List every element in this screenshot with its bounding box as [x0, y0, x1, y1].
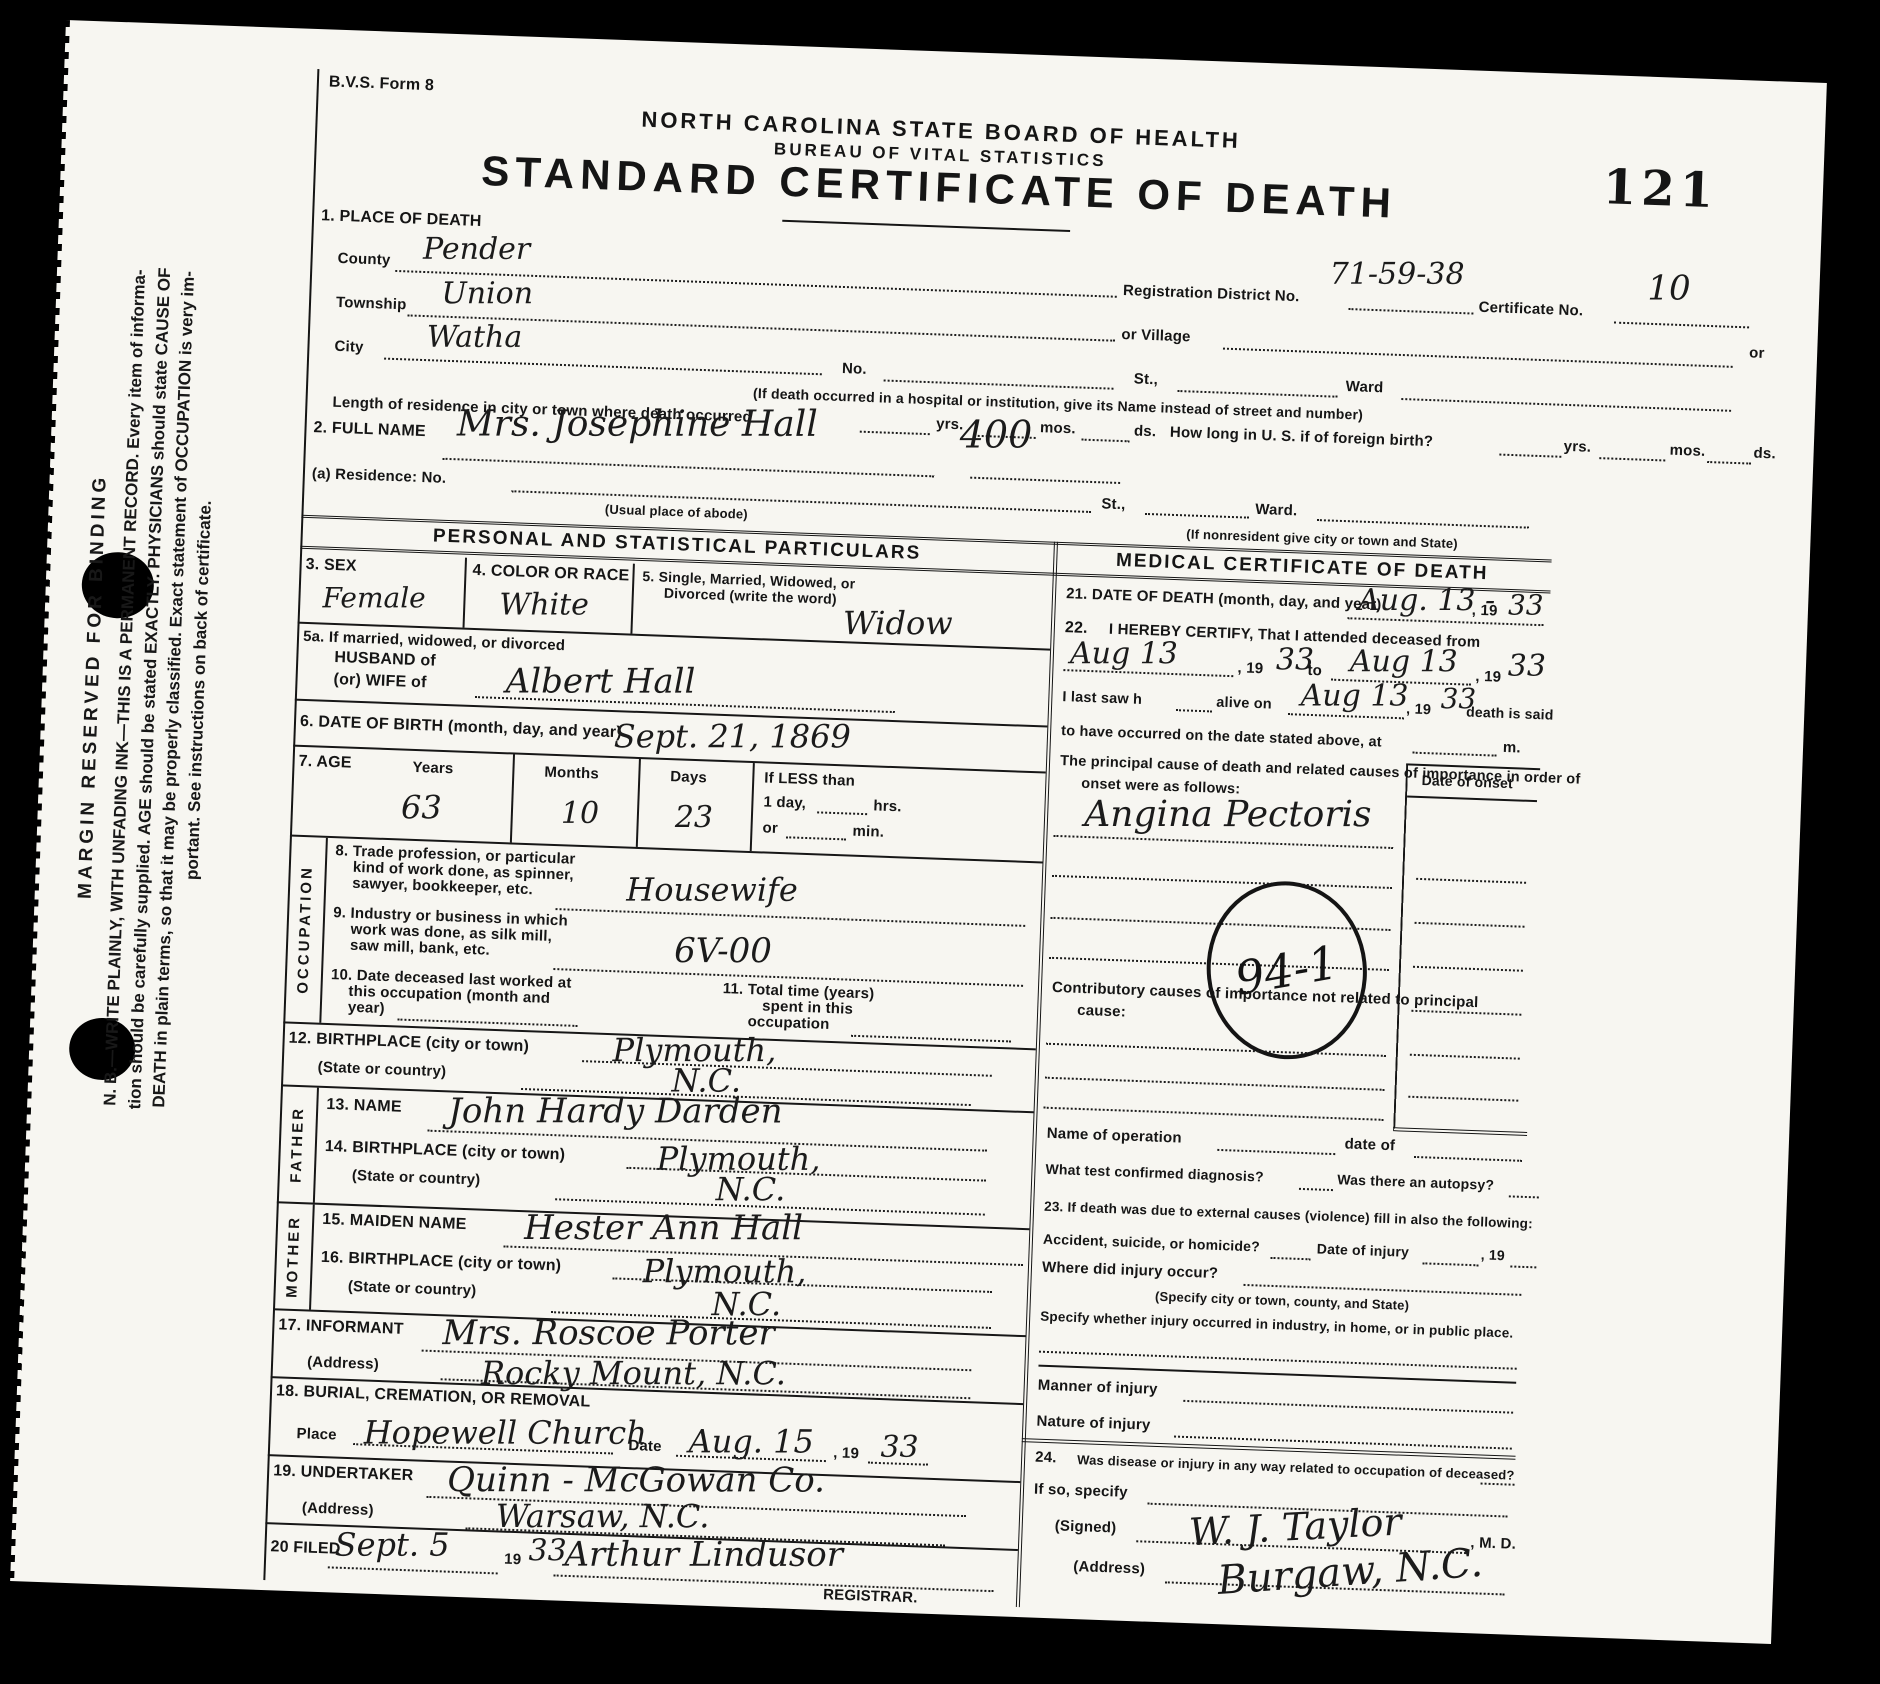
undertaker-label: 19. UNDERTAKER [273, 1462, 414, 1485]
age-label: 7. AGE [298, 753, 352, 773]
occupation-related-line [1481, 1483, 1515, 1486]
village-line [1223, 348, 1733, 368]
onset-line [1416, 878, 1526, 884]
father-side-cell: FATHER [277, 1086, 319, 1202]
min-label: min. [852, 823, 884, 841]
principal-cause-value: Angina Pectoris [1084, 797, 1371, 833]
informant-label: 17. INFORMANT [278, 1316, 404, 1338]
age-years-value: 63 [401, 791, 442, 823]
form-number: B.V.S. Form 8 [329, 73, 435, 95]
full-name-label: 2. FULL NAME [313, 419, 426, 441]
street-no-label: No. [842, 360, 867, 378]
last-saw-label-2: alive on [1216, 695, 1272, 713]
sex-cell: 3. SEX Female [298, 552, 467, 628]
mother-birthplace-label: 16. BIRTHPLACE (city or town) [321, 1249, 562, 1276]
m-label: m. [1503, 739, 1522, 757]
certificate-stamp-number: 121 [1602, 159, 1719, 219]
burial-19-label: , 19 [833, 1444, 859, 1462]
item11-line [851, 1035, 1011, 1043]
mother-name-label: 15. MAIDEN NAME [322, 1211, 467, 1234]
accident-line [1270, 1257, 1310, 1260]
occupation-side-cell: OCCUPATION [283, 837, 328, 1023]
certificate-no-label: Certificate No. [1478, 299, 1583, 320]
filed-date-line [328, 1566, 498, 1574]
or-label: or [762, 819, 778, 837]
foreign-ds-line [1707, 461, 1751, 465]
if-less-cell: If LESS than 1 day, hrs. or min. [752, 763, 1046, 861]
contributory-line [1046, 1043, 1386, 1057]
full-name-line2 [970, 477, 1120, 484]
residence-ward-line [1317, 519, 1529, 529]
mother-name-value: Hester Ann Hall [524, 1211, 803, 1245]
title-underline [782, 220, 1070, 232]
certificate-no-value: 10 [1647, 271, 1690, 305]
st-line [1177, 390, 1337, 398]
age-days-cell: Days 23 [638, 759, 755, 851]
wife-label: (or) WIFE of [333, 671, 427, 692]
item10-line3: year) [348, 999, 385, 1017]
operation-date-label: date of [1344, 1135, 1395, 1154]
birthplace-label: 12. BIRTHPLACE (city or town) [288, 1030, 529, 1057]
contributory-line [1044, 1107, 1384, 1121]
undertaker-address-value: Warsaw, N.C. [496, 1500, 710, 1532]
age-months-cell: Months 10 [512, 755, 641, 847]
if-less-label-1: If LESS than [764, 769, 855, 789]
place-of-death-label: 1. PLACE OF DEATH [321, 207, 482, 231]
spouse-value: Albert Hall [506, 664, 696, 698]
from-19-label: , 19 [1237, 659, 1263, 677]
mother-side-cell: MOTHER [273, 1203, 315, 1309]
residence-line [511, 490, 1091, 513]
to-19-label: , 19 [1475, 668, 1501, 686]
trade-value: Housewife [626, 874, 798, 906]
where-injury-label: Where did injury occur? [1042, 1259, 1219, 1282]
undertaker-value: Quinn - McGowan Co. [447, 1463, 825, 1497]
father-birthplace-label: 14. BIRTHPLACE (city or town) [325, 1138, 566, 1165]
burial-year-value: 33 [880, 1433, 918, 1463]
dod-year-value: 33 [1508, 592, 1544, 620]
row-certify: 22. I HEREBY CERTIFY, That I attended de… [1046, 613, 1545, 769]
hrs-line [817, 811, 867, 815]
registration-district-line [1348, 308, 1473, 314]
certify-number: 22. [1065, 619, 1088, 638]
min-line [786, 836, 846, 840]
registration-district-label: Registration District No. [1123, 282, 1300, 305]
hospital-note: (If death occurred in a hospital or inst… [753, 385, 1364, 423]
informant-value: Mrs. Roscoe Porter [442, 1316, 774, 1350]
operation-date-line [1414, 1156, 1522, 1162]
father-side-label: FATHER [287, 1106, 307, 1183]
age-days-value: 23 [675, 803, 713, 833]
row-physician-address: (Address) Burgaw, N.C. [1017, 1542, 1512, 1602]
sex-value: Female [322, 584, 425, 612]
hrs-label: hrs. [873, 797, 902, 815]
registrar-signature: Arthur Lindusor [564, 1538, 843, 1572]
foreign-ds-label: ds. [1753, 445, 1776, 463]
county-label: County [337, 250, 390, 269]
operation-label: Name of operation [1046, 1125, 1182, 1147]
full-name-value: Mrs. Josephine Hall [457, 407, 818, 443]
filed-year-value: 33 [529, 1536, 567, 1566]
physician-signature: W. J. Taylor [1188, 1502, 1402, 1551]
undertaker-address-label: (Address) [302, 1499, 374, 1519]
dod-19-label: , 19 [1471, 602, 1497, 620]
foreign-yrs-label: yrs. [1563, 438, 1591, 456]
item11-line3: occupation [747, 1013, 830, 1033]
autopsy-line [1509, 1195, 1539, 1198]
mother-state-label: (State or country) [348, 1278, 477, 1300]
autopsy-label: Was there an autopsy? [1337, 1171, 1494, 1193]
binding-margin: MARGIN RESERVED FOR BINDING N. B.—WRITE … [60, 66, 254, 1311]
test-label: What test confirmed diagnosis? [1045, 1161, 1264, 1185]
marital-value: Widow [843, 607, 953, 639]
physician-address-label: (Address) [1073, 1558, 1145, 1578]
occurred-label: to have occurred on the date stated abov… [1061, 723, 1382, 750]
item9-line3: saw mill, bank, etc. [350, 937, 490, 959]
burial-date-value: Aug. 15 [689, 1425, 814, 1457]
mortality-code-stamp: 94-1 [1198, 873, 1376, 1067]
mother-side-label: MOTHER [283, 1215, 303, 1299]
injury-19-label: , 19 [1480, 1246, 1505, 1263]
attended-from-value: Aug 13 [1070, 639, 1178, 669]
birthplace-state-label: (State or country) [317, 1059, 446, 1081]
signed-label: (Signed) [1054, 1517, 1116, 1536]
onset-line [1410, 1054, 1520, 1060]
death-certificate-card: MARGIN RESERVED FOR BINDING N. B.—WRITE … [10, 20, 1827, 1644]
attended-to-value: Aug 13 [1350, 647, 1458, 677]
filed-label: 20 FILED [270, 1538, 341, 1558]
personal-column: 3. SEX Female 4. COLOR OR RACE White 5. … [263, 552, 1052, 1607]
yrs-line [860, 431, 930, 436]
burial-year-line [868, 1462, 928, 1466]
burial-place-label: Place [296, 1425, 337, 1443]
days-header: Days [670, 768, 707, 786]
full-name-code: 400 [960, 416, 1033, 454]
last-saw-blank [1176, 709, 1212, 712]
marital-cell: 5. Single, Married, Widowed, or Divorced… [632, 564, 1052, 649]
filed-19-label: 19 [504, 1551, 522, 1569]
date-of-onset-header: Date of onset [1421, 772, 1513, 791]
trade-line [555, 908, 1025, 927]
if-less-label-2: 1 day, [763, 793, 806, 812]
township-value: Union [441, 279, 533, 309]
ds-label: ds. [1134, 422, 1157, 440]
years-header: Years [412, 759, 454, 777]
registration-district-value: 71-59-38 [1330, 260, 1465, 290]
residence-label: (a) Residence: No. [312, 465, 447, 487]
occupation-group: OCCUPATION 8. Trade profession, or parti… [283, 837, 1042, 1051]
sex-label: 3. SEX [305, 556, 357, 576]
race-cell: 4. COLOR OR RACE White [465, 558, 635, 634]
if-so-label: If so, specify [1034, 1481, 1128, 1501]
burial-date-label: Date [628, 1437, 662, 1455]
registrar-label: REGISTRAR. [823, 1586, 918, 1606]
foreign-mos-label: mos. [1669, 442, 1705, 460]
registrar-signature-line [554, 1574, 994, 1592]
cause-line [1052, 875, 1392, 889]
ds-line [1082, 439, 1130, 443]
residence-st-label: St., [1101, 495, 1126, 513]
residence-st-line [1145, 513, 1249, 519]
occupation-content: 8. Trade profession, or particular kind … [321, 838, 1042, 1048]
city-line [384, 358, 822, 376]
or-word: or [1749, 344, 1765, 362]
injury-date-label: Date of injury [1317, 1241, 1410, 1260]
street-no-line [884, 379, 1114, 389]
village-label: or Village [1121, 326, 1191, 345]
ward-line [1401, 398, 1731, 412]
to-label: to [1307, 662, 1322, 680]
foreign-birth-label: How long in U. S. if of foreign birth? [1170, 424, 1434, 450]
cause-line [1053, 835, 1393, 849]
age-years-cell: 7. AGE Years 63 [290, 747, 515, 843]
date-of-onset-column: Date of onset [1393, 763, 1540, 1136]
dob-value: Sept. 21, 1869 [614, 720, 851, 752]
dob-label: 6. DATE OF BIRTH (month, day, and year) [300, 713, 622, 743]
to-year-value: 33 [1508, 652, 1546, 682]
item10-line [397, 1018, 577, 1026]
last-saw-value: Aug 13 [1301, 681, 1409, 711]
race-value: White [499, 590, 589, 620]
test-line [1299, 1188, 1333, 1191]
certificate-no-line [1614, 322, 1749, 329]
accident-label: Accident, suicide, or homicide? [1043, 1231, 1260, 1255]
operation-line [1217, 1149, 1335, 1155]
full-name-line [443, 458, 935, 478]
father-state-label: (State or country) [352, 1167, 481, 1189]
race-label: 4. COLOR OR RACE [472, 562, 630, 586]
abode-note: (Usual place of abode) [605, 502, 749, 522]
last-saw-label-1: I last saw h [1062, 689, 1142, 708]
husband-label: HUSBAND of [334, 649, 436, 671]
death-said-label: death is said [1466, 704, 1554, 723]
city-value: Watha [427, 323, 522, 353]
father-birthplace-state: N.C. [716, 1173, 786, 1205]
city-label: City [334, 338, 364, 356]
contributory-line [1045, 1077, 1385, 1091]
onset-line [1415, 922, 1525, 928]
cause-of-death-block: The principal cause of death and related… [1033, 751, 1540, 1136]
nature-label: Nature of injury [1036, 1413, 1151, 1434]
foreign-mos-line [1599, 457, 1665, 461]
ward-label: Ward [1345, 378, 1383, 396]
filed-date-value: Sept. 5 [335, 1529, 450, 1561]
father-content: 13. NAME John Hardy Darden 14. BIRTHPLAC… [315, 1088, 1034, 1229]
manner-label: Manner of injury [1037, 1377, 1157, 1398]
occupation-related-number: 24. [1035, 1449, 1057, 1467]
foreign-yrs-line [1499, 454, 1561, 458]
onset-header-rule [1407, 795, 1537, 802]
burial-place-value: Hopewell Church [364, 1416, 647, 1448]
last-saw-line [1288, 713, 1404, 719]
onset-line [1413, 966, 1523, 972]
age-months-value: 10 [561, 799, 599, 829]
date-of-death-label: 21. DATE OF DEATH (month, day, and year) [1066, 585, 1382, 613]
industry-value: 6V-00 [674, 934, 772, 968]
nature-line [1174, 1436, 1512, 1450]
father-name-label: 13. NAME [326, 1096, 402, 1117]
contributory-label-2: cause: [1077, 1002, 1126, 1021]
onset-line [1408, 1096, 1518, 1102]
father-name-value: John Hardy Darden [448, 1094, 782, 1128]
st-label: St., [1134, 370, 1159, 388]
months-header: Months [544, 764, 599, 783]
injury-date-line [1422, 1262, 1478, 1266]
occurred-line [1413, 752, 1497, 757]
informant-address-label: (Address) [307, 1353, 379, 1373]
injury-year-line [1510, 1265, 1536, 1268]
medical-column: 21. DATE OF DEATH (month, day, and year)… [1017, 579, 1547, 1602]
mos-label: mos. [1040, 419, 1076, 437]
township-label: Township [336, 294, 407, 314]
residence-ward-label: Ward. [1255, 501, 1298, 519]
last-19-label: , 19 [1406, 701, 1432, 718]
county-value: Pender [423, 235, 530, 265]
occupation-side-label: OCCUPATION [294, 865, 316, 994]
